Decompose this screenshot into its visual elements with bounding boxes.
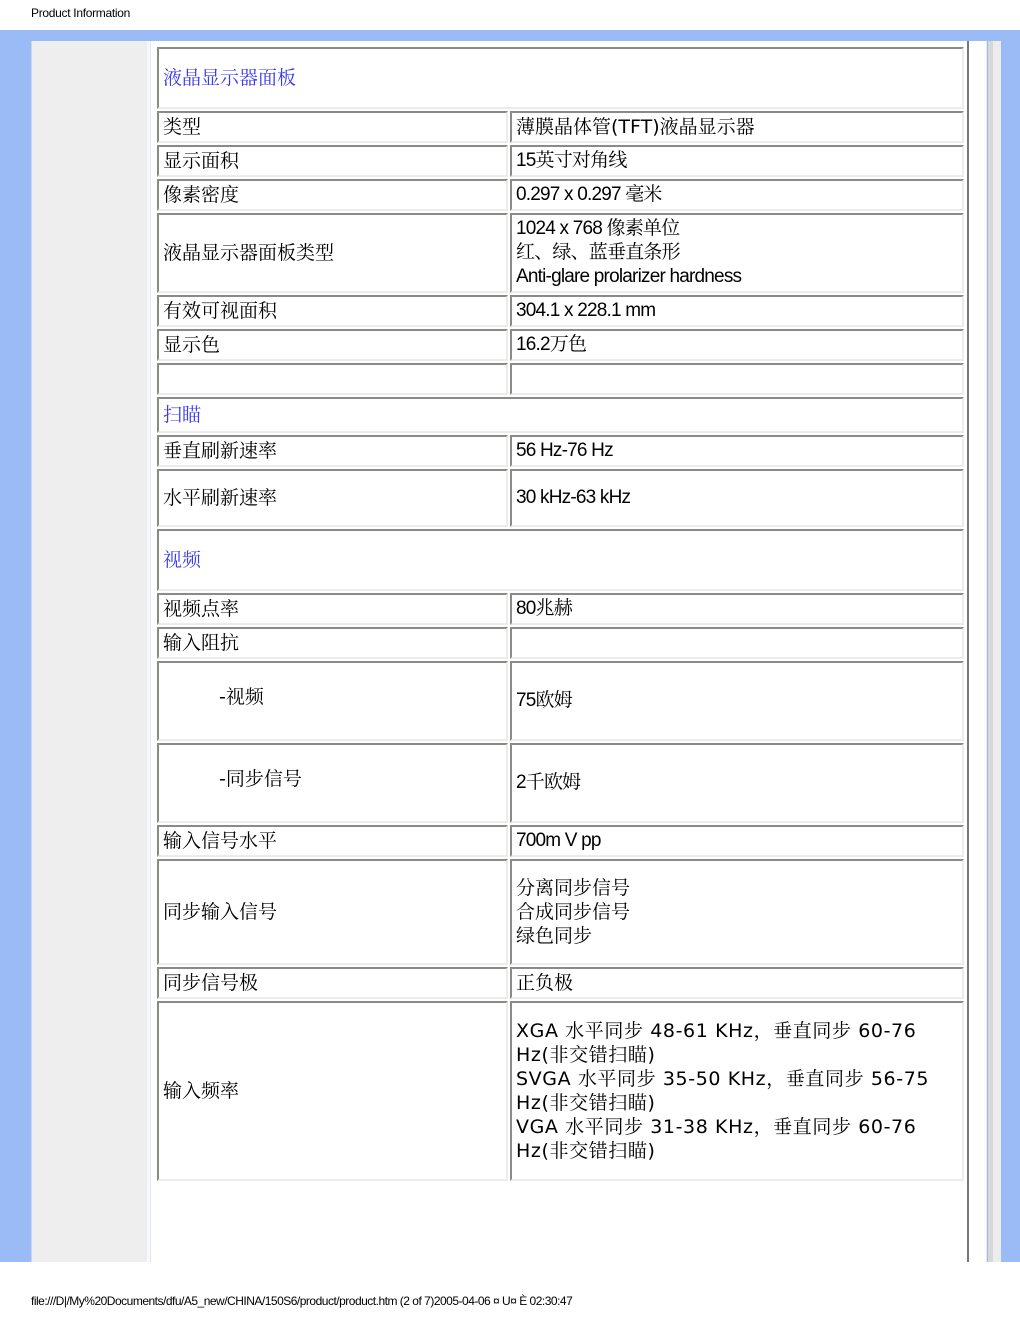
spec-label: 显示色 (157, 329, 508, 361)
left-sidebar-column (31, 41, 149, 1262)
table-row: 水平刷新速率 30 kHz-63 kHz (157, 469, 964, 527)
spec-value-line: 1024 x 768 像素单位 (516, 217, 958, 241)
spec-value: 薄膜晶体管(TFT)液晶显示器 (510, 111, 964, 143)
spec-table: 液晶显示器面板 类型 薄膜晶体管(TFT)液晶显示器 显示面积 15英寸对角线 … (155, 45, 966, 1183)
section-header-row: 液晶显示器面板 (157, 47, 964, 109)
spec-label: 同步输入信号 (157, 859, 508, 965)
spec-value-multiline: XGA 水平同步 48-61 KHz，垂直同步 60-76 Hz(非交错扫瞄) … (510, 1001, 964, 1181)
spec-label: 输入信号水平 (157, 825, 508, 857)
spec-value: 304.1 x 228.1 mm (510, 295, 964, 327)
table-row: 输入频率 XGA 水平同步 48-61 KHz，垂直同步 60-76 Hz(非交… (157, 1001, 964, 1181)
spec-label: 液晶显示器面板类型 (157, 213, 508, 293)
spec-label: 像素密度 (157, 179, 508, 211)
spec-value: 80兆赫 (510, 593, 964, 625)
spec-value: 正负极 (510, 967, 964, 999)
right-border-light (993, 41, 1001, 1262)
table-row: 同步信号极 正负极 (157, 967, 964, 999)
spec-value-line: Anti-glare prolarizer hardness (516, 265, 958, 289)
table-row: 输入信号水平 700m V pp (157, 825, 964, 857)
table-row: 垂直刷新速率 56 Hz-76 Hz (157, 435, 964, 467)
table-row-empty (157, 363, 964, 395)
spec-value: 56 Hz-76 Hz (510, 435, 964, 467)
spec-value: 30 kHz-63 kHz (510, 469, 964, 527)
table-row: -视频 75欧姆 (157, 661, 964, 741)
spec-label (157, 363, 508, 395)
table-row: 有效可视面积 304.1 x 228.1 mm (157, 295, 964, 327)
spec-value-line: XGA 水平同步 48-61 KHz，垂直同步 60-76 Hz(非交错扫瞄) (516, 1019, 952, 1067)
spec-value-line: 分离同步信号 (516, 876, 958, 900)
spec-label-indented: -视频 (157, 661, 508, 741)
table-row: 输入阻抗 (157, 627, 964, 659)
table-row: 液晶显示器面板类型 1024 x 768 像素单位 红、绿、蓝垂直条形 Anti… (157, 213, 964, 293)
spec-value (510, 363, 964, 395)
spec-value-line: SVGA 水平同步 35-50 KHz，垂直同步 56-75 Hz(非交错扫瞄) (516, 1067, 952, 1115)
section-header-row: 视频 (157, 529, 964, 591)
spec-label: 类型 (157, 111, 508, 143)
page-header-title: Product Information (31, 6, 130, 20)
spec-label: 垂直刷新速率 (157, 435, 508, 467)
spec-label: 有效可视面积 (157, 295, 508, 327)
table-row: 像素密度 0.297 x 0.297 毫米 (157, 179, 964, 211)
section-title-scanning: 扫瞄 (157, 397, 964, 433)
spec-value-line: 合成同步信号 (516, 900, 958, 924)
spec-value-line: VGA 水平同步 31-38 KHz，垂直同步 60-76 Hz(非交错扫瞄) (516, 1115, 952, 1163)
spec-label-indented: -同步信号 (157, 743, 508, 823)
table-row: -同步信号 2千欧姆 (157, 743, 964, 823)
footer-file-path: file:///D|/My%20Documents/dfu/A5_new/CHI… (31, 1294, 572, 1308)
right-margin (969, 41, 987, 1262)
table-row: 类型 薄膜晶体管(TFT)液晶显示器 (157, 111, 964, 143)
spec-value-multiline: 分离同步信号 合成同步信号 绿色同步 (510, 859, 964, 965)
table-row: 同步输入信号 分离同步信号 合成同步信号 绿色同步 (157, 859, 964, 965)
spec-label: 显示面积 (157, 145, 508, 177)
spec-value: 0.297 x 0.297 毫米 (510, 179, 964, 211)
spec-label: 水平刷新速率 (157, 469, 508, 527)
spec-label: 同步信号极 (157, 967, 508, 999)
table-row: 显示色 16.2万色 (157, 329, 964, 361)
section-title-lcd-panel: 液晶显示器面板 (157, 47, 964, 109)
spec-value-line: 红、绿、蓝垂直条形 (516, 241, 958, 265)
spec-value: 2千欧姆 (510, 743, 964, 823)
spec-value: 15英寸对角线 (510, 145, 964, 177)
spec-label: 输入阻抗 (157, 627, 508, 659)
section-title-video: 视频 (157, 529, 964, 591)
spec-value: 16.2万色 (510, 329, 964, 361)
spec-value (510, 627, 964, 659)
section-header-row: 扫瞄 (157, 397, 964, 433)
spec-value-multiline: 1024 x 768 像素单位 红、绿、蓝垂直条形 Anti-glare pro… (510, 213, 964, 293)
spec-value-line: 绿色同步 (516, 924, 958, 948)
table-row: 显示面积 15英寸对角线 (157, 145, 964, 177)
spec-value: 75欧姆 (510, 661, 964, 741)
spec-label: 输入频率 (157, 1001, 508, 1181)
spec-label: 视频点率 (157, 593, 508, 625)
spec-value: 700m V pp (510, 825, 964, 857)
table-row: 视频点率 80兆赫 (157, 593, 964, 625)
